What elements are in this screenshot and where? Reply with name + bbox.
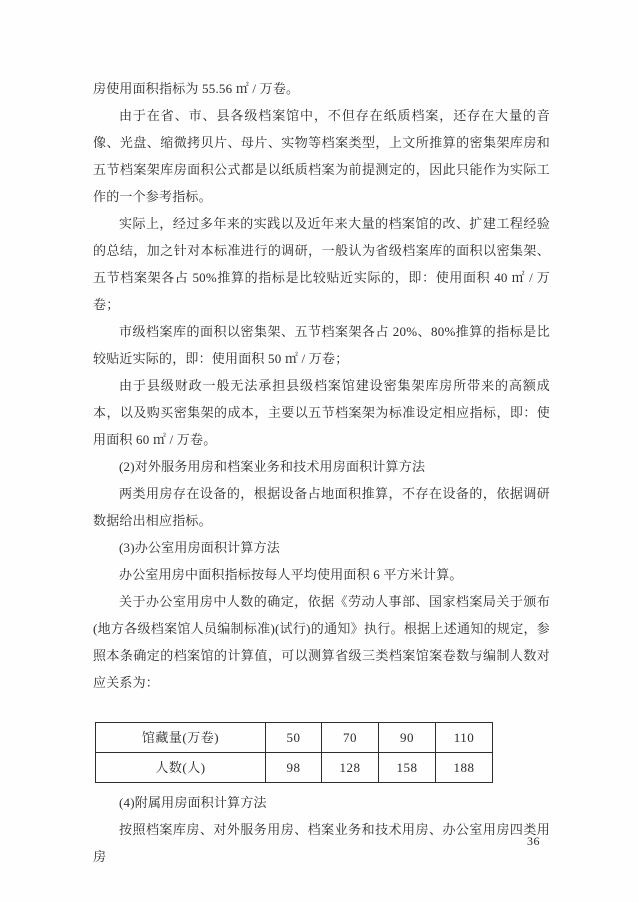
- table-row-label-cell: 馆藏量(万卷): [96, 723, 266, 753]
- paragraph: 两类用房存在设备的，根据设备占地面积推算，不存在设备的，依据调研数据给出相应指标…: [93, 480, 550, 534]
- paragraph-continuation: 房使用面积指标为 55.56 ㎡ / 万卷。: [93, 75, 550, 102]
- table-value-cell: 50: [266, 723, 322, 753]
- table-value-cell: 128: [322, 753, 379, 783]
- table-value-cell: 188: [436, 753, 493, 783]
- paragraph: 由于县级财政一般无法承担县级档案馆建设密集架库房所带来的高额成本，以及购买密集架…: [93, 372, 550, 453]
- section-heading-3: (3)办公室用房面积计算方法: [93, 534, 550, 561]
- document-body: 房使用面积指标为 55.56 ㎡ / 万卷。 由于在省、市、县各级档案馆中，不但…: [93, 75, 550, 870]
- document-page: 房使用面积指标为 55.56 ㎡ / 万卷。 由于在省、市、县各级档案馆中，不但…: [0, 0, 639, 903]
- section-heading-4: (4)附属用房面积计算方法: [93, 789, 550, 816]
- table-row-holdings: 馆藏量(万卷) 50 70 90 110: [96, 723, 493, 753]
- paragraph: 办公室用房中面积指标按每人平均使用面积 6 平方米计算。: [93, 561, 550, 588]
- section-heading-2: (2)对外服务用房和档案业务和技术用房面积计算方法: [93, 453, 550, 480]
- paragraph: 实际上，经过多年来的实践以及近年来大量的档案馆的改、扩建工程经验的总结，加之针对…: [93, 210, 550, 318]
- paragraph: 关于办公室用房中人数的确定，依据《劳动人事部、国家档案局关于颁布(地方各级档案馆…: [93, 588, 550, 696]
- table-value-cell: 90: [379, 723, 436, 753]
- table-value-cell: 110: [436, 723, 493, 753]
- table-value-cell: 98: [266, 753, 322, 783]
- page-number: 36: [527, 834, 540, 849]
- paragraph: 按照档案库房、对外服务用房、档案业务和技术用房、办公室用房四类用房: [93, 816, 550, 870]
- holdings-staff-table: 馆藏量(万卷) 50 70 90 110 人数(人) 98 128 158 18…: [95, 722, 493, 783]
- table-row-staff: 人数(人) 98 128 158 188: [96, 753, 493, 783]
- table-value-cell: 158: [379, 753, 436, 783]
- table-row-label-cell: 人数(人): [96, 753, 266, 783]
- paragraph: 市级档案库的面积以密集架、五节档案架各占 20%、80%推算的指标是比较贴近实际…: [93, 318, 550, 372]
- table-value-cell: 70: [322, 723, 379, 753]
- paragraph: 由于在省、市、县各级档案馆中，不但存在纸质档案，还存在大量的音像、光盘、缩微拷贝…: [93, 102, 550, 210]
